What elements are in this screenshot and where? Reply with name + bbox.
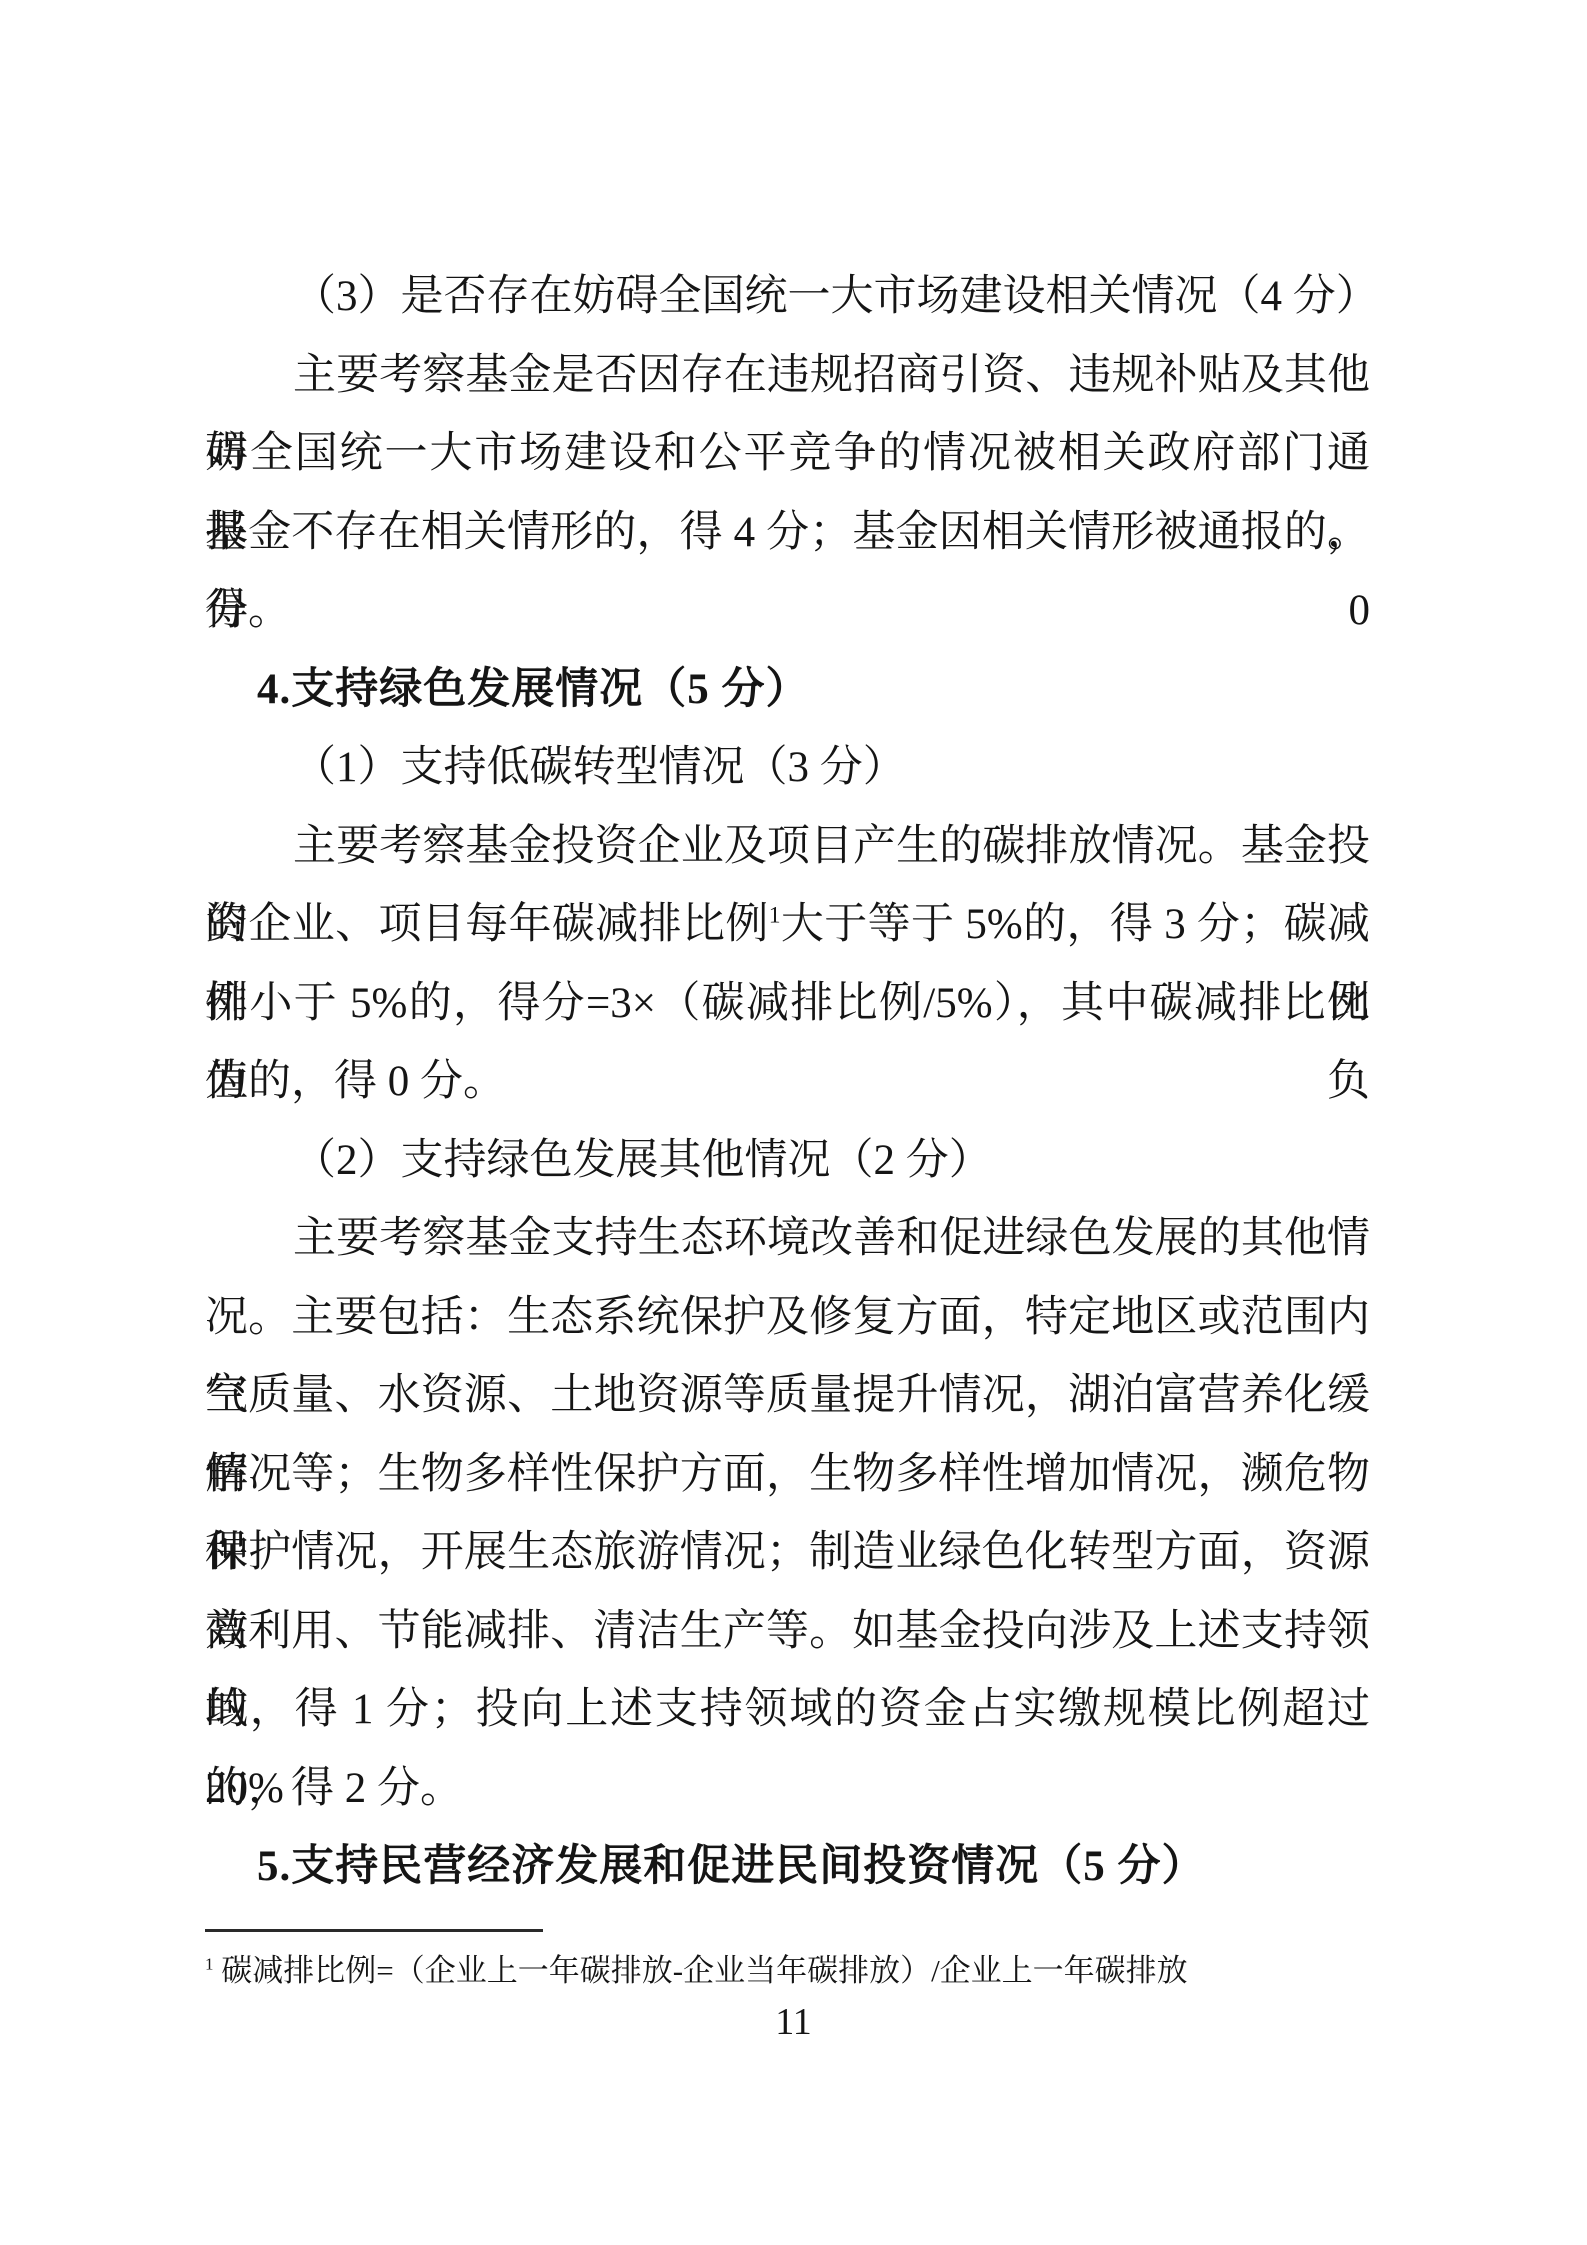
body-line: （2）支持绿色发展其他情况（2 分） xyxy=(205,1122,1370,1201)
section-heading-4: 4.支持绿色发展情况（5 分） xyxy=(205,651,1370,730)
body-line: 保护情况，开展生态旅游情况；制造业绿色化转型方面，资源高 xyxy=(205,1514,1370,1593)
body-line: 的，得 2 分。 xyxy=(205,1750,1370,1829)
document-page: （3）是否存在妨碍全国统一大市场建设相关情况（4 分） 主要考察基金是否因存在违… xyxy=(0,0,1587,2245)
page-number: 11 xyxy=(0,2000,1587,2044)
body-line: 情况等；生物多样性保护方面，生物多样性增加情况，濒危物种 xyxy=(205,1436,1370,1515)
footnote-text: 碳减排比例=（企业上一年碳排放-企业当年碳排放）/企业上一年碳排放 xyxy=(214,1953,1188,1988)
body-line: 况。主要包括：生态系统保护及修复方面，特定地区或范围内空 xyxy=(205,1279,1370,1358)
body-line: 例小于 5%的，得分=3×（碳减排比例/5%），其中碳减排比例为负 xyxy=(205,965,1370,1044)
footnote-marker: 1 xyxy=(205,1955,214,1974)
body-line-with-footnote-ref: 的企业、项目每年碳减排比例1大于等于 5%的，得 3 分；碳减排比 xyxy=(205,886,1370,965)
body-line: （3）是否存在妨碍全国统一大市场建设相关情况（4 分） xyxy=(205,258,1370,337)
body-line: 效利用、节能减排、清洁生产等。如基金投向涉及上述支持领域 xyxy=(205,1593,1370,1672)
body-line: 的，得 1 分；投向上述支持领域的资金占实缴规模比例超过 20% xyxy=(205,1671,1370,1750)
body-line: 主要考察基金投资企业及项目产生的碳排放情况。基金投资 xyxy=(205,808,1370,887)
body-line: 基金不存在相关情形的，得 4 分；基金因相关情形被通报的，得 0 xyxy=(205,494,1370,573)
footnote-separator xyxy=(205,1929,543,1932)
body-line: （1）支持低碳转型情况（3 分） xyxy=(205,729,1370,808)
body-text-block: （3）是否存在妨碍全国统一大市场建设相关情况（4 分） 主要考察基金是否因存在违… xyxy=(205,258,1370,1907)
section-heading-5: 5.支持民营经济发展和促进民间投资情况（5 分） xyxy=(205,1828,1370,1907)
footnote: 1 碳减排比例=（企业上一年碳排放-企业当年碳排放）/企业上一年碳排放 xyxy=(205,1948,1445,1994)
body-line-pre: 的企业、项目每年碳减排比例 xyxy=(205,901,769,948)
footnote-reference-marker: 1 xyxy=(769,903,781,929)
body-line: 碍全国统一大市场建设和公平竞争的情况被相关政府部门通报。 xyxy=(205,415,1370,494)
body-line: 主要考察基金是否因存在违规招商引资、违规补贴及其他妨 xyxy=(205,337,1370,416)
body-line: 气质量、水资源、土地资源等质量提升情况，湖泊富营养化缓解 xyxy=(205,1357,1370,1436)
body-line: 主要考察基金支持生态环境改善和促进绿色发展的其他情 xyxy=(205,1200,1370,1279)
